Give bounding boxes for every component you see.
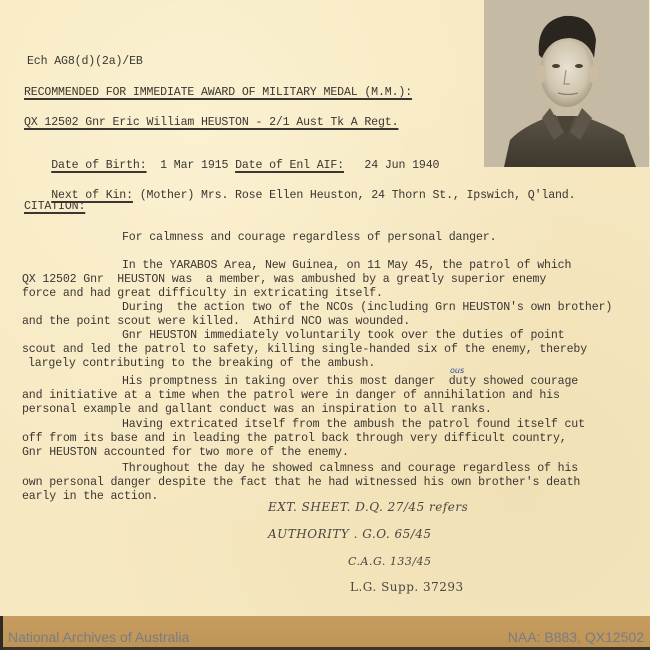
- enlistment-value: 24 Jun 1940: [364, 159, 439, 172]
- citation-line: off from its base and in leading the pat…: [22, 432, 567, 445]
- reference-code: Ech AG8(d)(2a)/EB: [27, 55, 143, 68]
- citation-line: Throughout the day he showed calmness an…: [122, 462, 578, 475]
- citation-line: His promptness in taking over this most …: [122, 375, 578, 388]
- next-of-kin-row: Next of Kin: (Mother) Mrs. Rose Ellen He…: [24, 176, 575, 215]
- portrait-image: [484, 0, 649, 167]
- citation-line: Having extricated itself from the ambush…: [122, 418, 585, 431]
- citation-line: QX 12502 Gnr HEUSTON was a member, was a…: [22, 273, 546, 286]
- citation-line: own personal danger despite the fact tha…: [22, 476, 580, 489]
- dob-label: Date of Birth:: [51, 159, 146, 172]
- citation-line: Gnr HEUSTON accounted for two more of th…: [22, 446, 349, 459]
- citation-line: Gnr HEUSTON immediately voluntarily took…: [122, 329, 564, 342]
- citation-line: and initiative at a time when the patrol…: [22, 389, 560, 402]
- handwritten-note: AUTHORITY . G.O. 65/45: [268, 527, 432, 541]
- soldier-portrait-photo: [484, 0, 649, 167]
- citation-line: and the point scout were killed. Athird …: [22, 315, 410, 328]
- citation-line: During the action two of the NCOs (inclu…: [122, 301, 612, 314]
- citation-line: In the YARABOS Area, New Guinea, on 11 M…: [122, 259, 571, 272]
- citation-label: CITATION:: [24, 200, 85, 213]
- handwritten-insertion: ous: [450, 366, 464, 375]
- document-page: Ech AG8(d)(2a)/EB RECOMMENDED FOR IMMEDI…: [0, 0, 650, 616]
- citation-line: personal example and gallant conduct was…: [22, 403, 492, 416]
- dob-value: 1 Mar 1915: [160, 159, 228, 172]
- citation-line: early in the action.: [22, 490, 158, 503]
- archive-footer-band: National Archives of Australia NAA: B883…: [0, 616, 650, 650]
- citation-line: scout and led the patrol to safety, kill…: [22, 343, 587, 356]
- soldier-details: QX 12502 Gnr Eric William HEUSTON - 2/1 …: [24, 116, 398, 129]
- handwritten-note: L.G. Supp. 37293: [350, 580, 464, 594]
- handwritten-note: EXT. SHEET. D.Q. 27/45 refers: [268, 500, 468, 514]
- award-heading: RECOMMENDED FOR IMMEDIATE AWARD OF MILIT…: [24, 86, 412, 99]
- archive-name: National Archives of Australia: [8, 629, 189, 645]
- citation-line: largely contributing to the breaking of …: [28, 357, 375, 370]
- archive-reference: NAA: B883, QX12502: [508, 629, 644, 645]
- citation-summary: For calmness and courage regardless of p…: [122, 231, 496, 244]
- citation-line: force and had great difficulty in extric…: [22, 287, 383, 300]
- handwritten-note: C.A.G. 133/45: [348, 555, 432, 568]
- enlistment-label: Date of Enl AIF:: [235, 159, 344, 172]
- nok-value: (Mother) Mrs. Rose Ellen Heuston, 24 Tho…: [140, 189, 576, 202]
